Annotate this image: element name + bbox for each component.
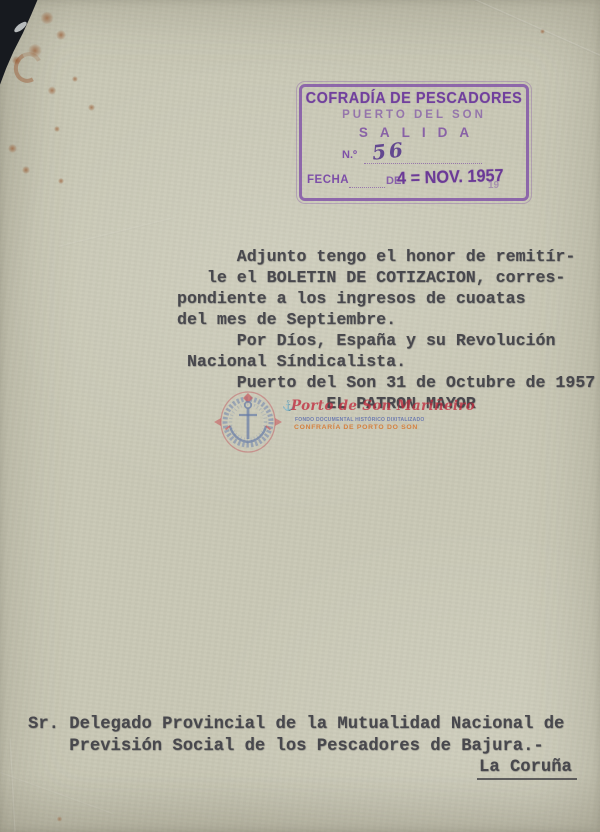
rust-stain [57, 816, 62, 822]
stamp-date-row: FECHA DE 4 = NOV. 1957 19 [302, 171, 526, 193]
paper-crease [468, 0, 600, 59]
stamp-title: COFRADÍA DE PESCADORES [302, 91, 526, 108]
watermark-organization: CONFRARÍA DE PORTO DO SON [294, 424, 418, 431]
addressee-city: La Coruña [477, 758, 577, 780]
typed-line: del mes de Septiembre. [177, 309, 595, 330]
typed-line: Previsión Social de los Pescadores de Ba… [28, 736, 564, 758]
rust-stain [22, 166, 30, 174]
stamp-date-form-year: 19 [488, 180, 499, 191]
typed-line: le el BOLETIN DE COTIZACION, corres- [177, 267, 595, 288]
stamp-date-label: FECHA [307, 174, 349, 186]
rust-stain [48, 86, 56, 95]
paper-crease [238, 438, 387, 461]
scanned-letter-page: COFRADÍA DE PESCADORES PUERTO DEL SON SA… [0, 0, 600, 832]
typed-line: pondiente a los ingresos de cuoatas [177, 288, 595, 309]
rust-stain [72, 76, 78, 82]
stamp-number-label: N.º [342, 149, 357, 161]
rust-stain [8, 144, 17, 153]
rust-stain [56, 30, 66, 40]
typed-line: Nacional Síndicalista. [177, 351, 595, 372]
rust-stain [88, 104, 95, 111]
paper-crease [58, 217, 175, 248]
addressee-block: Sr. Delegado Provincial de la Mutualidad… [28, 714, 564, 757]
typed-line: Por Díos, España y su Revolución [177, 330, 595, 351]
typed-body: Adjunto tengo el honor de remitír- le el… [177, 246, 595, 414]
stamp-dispatch-label: SALIDA [302, 125, 526, 140]
stamp-number-handwritten: 56 [371, 137, 407, 164]
typed-line: Puerto del Son 31 de Octubre de 1957 [177, 372, 595, 393]
stamp-date-dotted-line [349, 171, 385, 188]
rust-stain [540, 29, 545, 34]
rust-stain [58, 178, 64, 184]
paper-crease [9, 738, 16, 832]
typed-line: Adjunto tengo el honor de remitír- [177, 246, 595, 267]
rust-stain [40, 12, 54, 24]
watermark-subtitle: FONDO DOCUMENTAL HISTÓRICO DIXITALIZADO [295, 417, 424, 423]
typed-line: EL PATRON MAYOR [177, 393, 595, 414]
stamp-subtitle: PUERTO DEL SON [302, 109, 526, 121]
typed-line: Sr. Delegado Provincial de la Mutualidad… [28, 714, 564, 736]
cofradia-registry-stamp: COFRADÍA DE PESCADORES PUERTO DEL SON SA… [299, 84, 529, 201]
rust-stain [54, 126, 60, 132]
paper-crease [0, 772, 113, 815]
